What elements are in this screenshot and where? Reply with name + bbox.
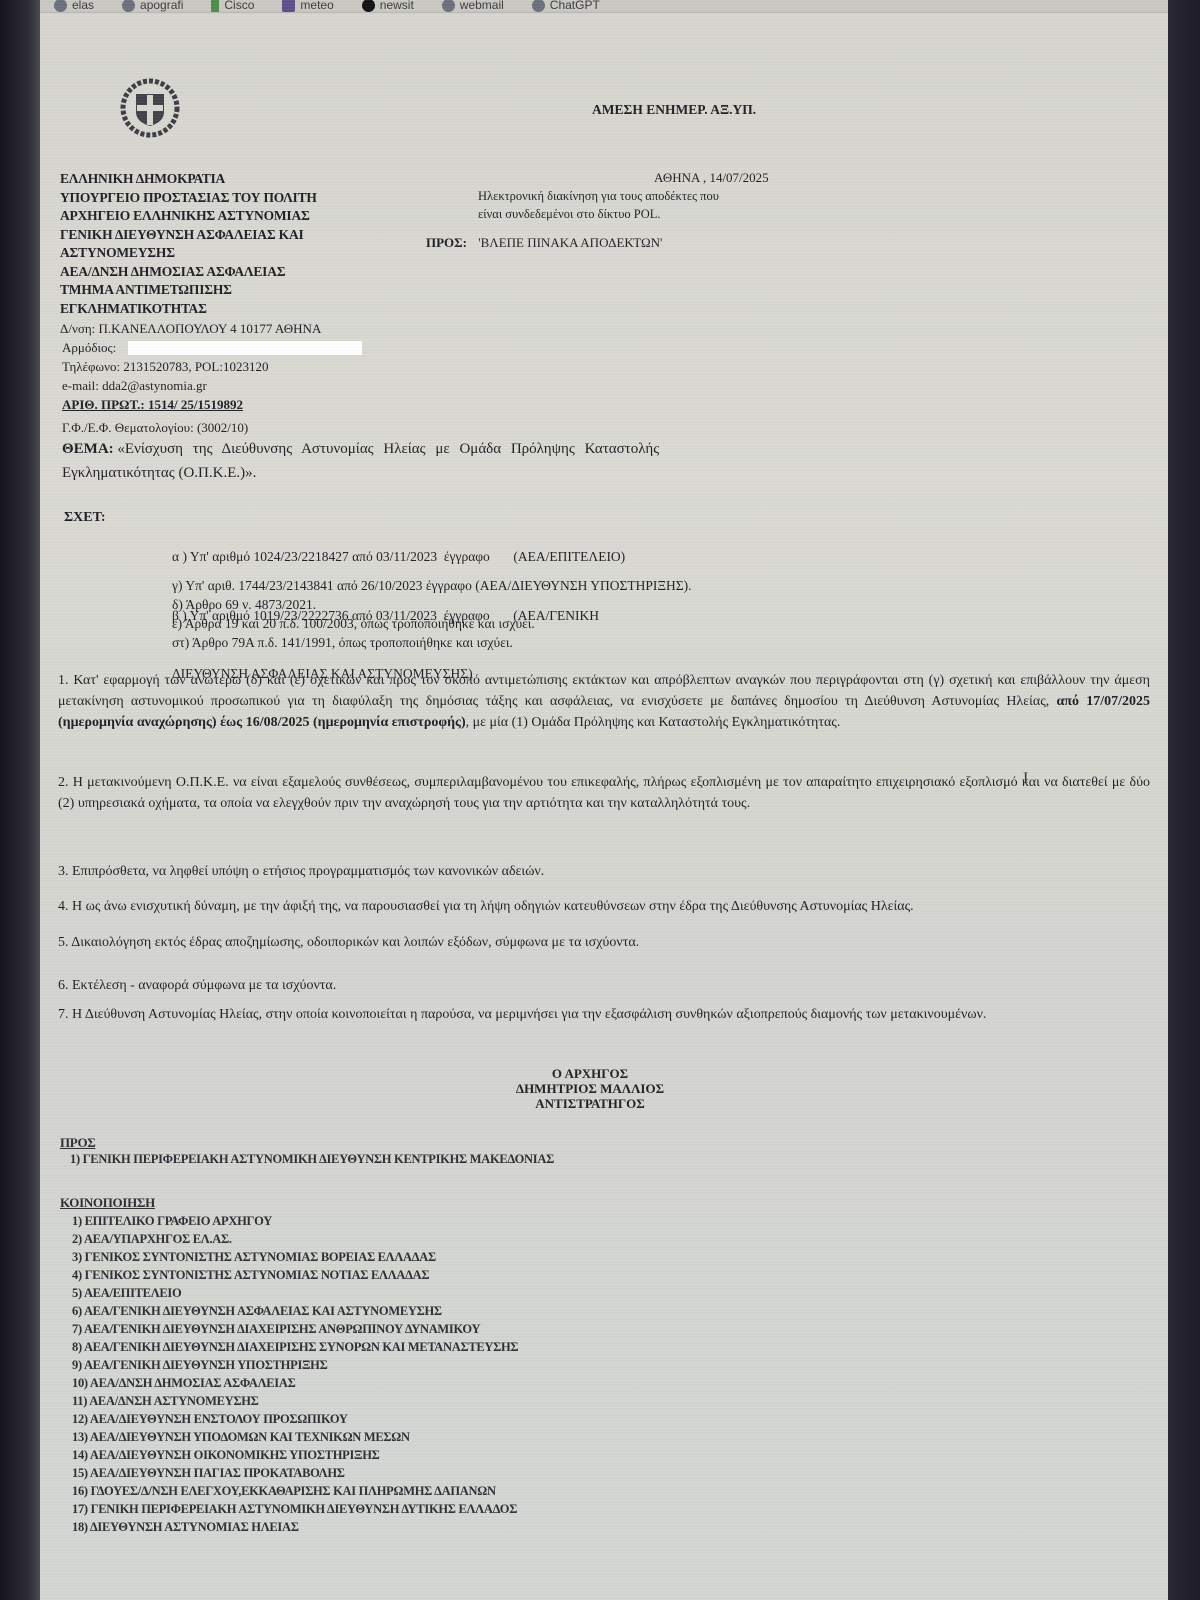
sender-line: ΑΕΑ/ΔΝΣΗ ΔΗΜΟΣΙΑΣ ΑΣΦΑΛΕΙΑΣ	[60, 263, 317, 282]
sender-header: ΕΛΛΗΝΙΚΗ ΔΗΜΟΚΡΑΤΙΑ ΥΠΟΥΡΓΕΙΟ ΠΡΟΣΤΑΣΙΑΣ…	[60, 170, 317, 318]
monitor-bezel-right	[1168, 0, 1200, 1600]
redacted-name	[128, 341, 362, 355]
phone: Τηλέφωνο: 2131520783, POL:1023120	[62, 357, 269, 376]
subject: ΘΕΜΑ: «Ενίσχυση της Διεύθυνσης Αστυνομία…	[62, 437, 659, 485]
signature-block: Ο ΑΡΧΗΓΟΣ ΔΗΜΗΤΡΙΟΣ ΜΑΛΛΙΟΣ ΑΝΤΙΣΤΡΑΤΗΓΟ…	[420, 1066, 760, 1111]
protocol-number: ΑΡΙΘ. ΠΡΩΤ.: 1514/ 25/1519892	[62, 395, 243, 414]
cc-item: 7) ΑΕΑ/ΓΕΝΙΚΗ ΔΙΕΥΘΥΝΣΗ ΔΙΑΧΕΙΡΙΣΗΣ ΑΝΘΡ…	[72, 1320, 518, 1338]
cc-item: 16) ΓΔΟΥΕΣ/Δ/ΝΣΗ ΕΛΕΓΧΟΥ,ΕΚΚΑΘΑΡΙΣΗΣ ΚΑΙ…	[72, 1482, 518, 1500]
sender-line: ΥΠΟΥΡΓΕΙΟ ΠΡΟΣΤΑΣΙΑΣ ΤΟΥ ΠΟΛΙΤΗ	[60, 189, 317, 208]
greek-coat-of-arms-icon	[120, 78, 180, 138]
cc-item: 3) ΓΕΝΙΚΟΣ ΣΥΝΤΟΝΙΣΤΗΣ ΑΣΤΥΝΟΜΙΑΣ ΒΟΡΕΙΑ…	[72, 1248, 518, 1266]
sender-line: ΑΡΧΗΓΕΙΟ ΕΛΛΗΝΙΚΗΣ ΑΣΤΥΝΟΜΙΑΣ	[60, 207, 317, 226]
document-page: ΑΜΕΣΗ ΕΝΗΜΕΡ. ΑΞ.ΥΠ. ΕΛΛΗΝΙΚΗ ΔΗΜΟΚΡΑΤΙΑ…	[40, 0, 1168, 1600]
sender-line: ΕΛΛΗΝΙΚΗ ΔΗΜΟΚΡΑΤΙΑ	[60, 170, 317, 189]
references-continued: γ) Υπ' αριθ. 1744/23/2143841 από 26/10/2…	[172, 576, 692, 652]
cc-item: 14) ΑΕΑ/ΔΙΕΥΘΥΝΣΗ ΟΙΚΟΝΟΜΙΚΗΣ ΥΠΟΣΤΗΡΙΞΗ…	[72, 1446, 518, 1464]
email: e-mail: dda2@astynomia.gr	[62, 376, 207, 395]
sender-line: ΑΣΤΥΝΟΜΕΥΣΗΣ	[60, 244, 317, 263]
paragraph-2: 2. Η μετακινούμενη Ο.Π.Κ.Ε. να είναι εξα…	[58, 772, 1150, 814]
place-date: ΑΘΗΝΑ , 14/07/2025	[654, 168, 769, 187]
cc-item: 6) ΑΕΑ/ΓΕΝΙΚΗ ΔΙΕΥΘΥΝΣΗ ΑΣΦΑΛΕΙΑΣ ΚΑΙ ΑΣ…	[72, 1302, 518, 1320]
cc-item: 13) ΑΕΑ/ΔΙΕΥΘΥΝΣΗ ΥΠΟΔΟΜΩΝ ΚΑΙ ΤΕΧΝΙΚΩΝ …	[72, 1428, 518, 1446]
cc-item: 17) ΓΕΝΙΚΗ ΠΕΡΙΦΕΡΕΙΑΚΗ ΑΣΤΥΝΟΜΙΚΗ ΔΙΕΥΘ…	[72, 1500, 518, 1518]
cc-heading: ΚΟΙΝΟΠΟΙΗΣΗ	[60, 1194, 155, 1212]
paragraph-1: 1. Κατ' εφαρμογή των ανωτέρω (δ) και (ε)…	[58, 670, 1150, 733]
responsible-label: Αρμόδιος:	[62, 338, 116, 357]
distribution-note: Ηλεκτρονική διακίνηση για τους αποδέκτες…	[478, 187, 719, 223]
cc-item: 2) ΑΕΑ/ΥΠΑΡΧΗΓΟΣ ΕΛ.ΑΣ.	[72, 1230, 518, 1248]
screen: elas apografi Cisco meteo newsit webmail…	[40, 0, 1168, 1600]
monitor-bezel-left	[0, 0, 40, 1600]
priority-note: ΑΜΕΣΗ ΕΝΗΜΕΡ. ΑΞ.ΥΠ.	[592, 102, 756, 118]
cc-item: 5) ΑΕΑ/ΕΠΙΤΕΛΕΙΟ	[72, 1284, 518, 1302]
cc-item: 18) ΔΙΕΥΘΥΝΣΗ ΑΣΤΥΝΟΜΙΑΣ ΗΛΕΙΑΣ	[72, 1518, 518, 1536]
recipient-item: 1) ΓΕΝΙΚΗ ΠΕΡΙΦΕΡΕΙΑΚΗ ΑΣΤΥΝΟΜΙΚΗ ΔΙΕΥΘΥ…	[70, 1150, 554, 1168]
address: Δ/νση: Π.ΚΑΝΕΛΛΟΠΟΥΛΟΥ 4 10177 ΑΘΗΝΑ	[60, 319, 321, 338]
cc-item: 11) ΑΕΑ/ΔΝΣΗ ΑΣΤΥΝΟΜΕΥΣΗΣ	[72, 1392, 518, 1410]
paragraph-5: 5. Δικαιολόγηση εκτός έδρας αποζημίωσης,…	[58, 933, 1150, 953]
cc-item: 8) ΑΕΑ/ΓΕΝΙΚΗ ΔΙΕΥΘΥΝΣΗ ΔΙΑΧΕΙΡΙΣΗΣ ΣΥΝΟ…	[72, 1338, 518, 1356]
paragraph-3: 3. Επιπρόσθετα, να ληφθεί υπόψη ο ετήσιο…	[58, 862, 1150, 882]
cc-item: 15) ΑΕΑ/ΔΙΕΥΘΥΝΣΗ ΠΑΓΙΑΣ ΠΡΟΚΑΤΑΒΟΛΗΣ	[72, 1464, 518, 1482]
sender-line: ΤΜΗΜΑ ΑΝΤΙΜΕΤΩΠΙΣΗΣ	[60, 281, 317, 300]
references-label: ΣΧΕΤ:	[64, 510, 106, 526]
cc-item: 10) ΑΕΑ/ΔΝΣΗ ΔΗΜΟΣΙΑΣ ΑΣΦΑΛΕΙΑΣ	[72, 1374, 518, 1392]
cc-item: 1) ΕΠΙΤΕΛΙΚΟ ΓΡΑΦΕΙΟ ΑΡΧΗΓΟΥ	[72, 1212, 518, 1230]
sender-line: ΕΓΚΛΗΜΑΤΙΚΟΤΗΤΑΣ	[60, 300, 317, 319]
cc-item: 9) ΑΕΑ/ΓΕΝΙΚΗ ΔΙΕΥΘΥΝΣΗ ΥΠΟΣΤΗΡΙΞΗΣ	[72, 1356, 518, 1374]
cc-item: 12) ΑΕΑ/ΔΙΕΥΘΥΝΣΗ ΕΝΣΤΟΛΟΥ ΠΡΟΣΩΠΙΚΟΥ	[72, 1410, 518, 1428]
text-cursor-icon: I	[1023, 770, 1028, 788]
paragraph-7: 7. Η Διεύθυνση Αστυνομίας Ηλείας, στην ο…	[58, 1004, 1150, 1026]
cc-list: 1) ΕΠΙΤΕΛΙΚΟ ΓΡΑΦΕΙΟ ΑΡΧΗΓΟΥ 2) ΑΕΑ/ΥΠΑΡ…	[72, 1212, 518, 1536]
paragraph-4: 4. Η ως άνω ενισχυτική δύναμη, με την άφ…	[58, 897, 1150, 917]
cc-item: 4) ΓΕΝΙΚΟΣ ΣΥΝΤΟΝΙΣΤΗΣ ΑΣΤΥΝΟΜΙΑΣ ΝΟΤΙΑΣ…	[72, 1266, 518, 1284]
paragraph-6: 6. Εκτέλεση - αναφορά σύμφωνα με τα ισχύ…	[58, 976, 1150, 996]
to-line: ΠΡΟΣ: 'ΒΛΕΠΕ ΠΙΝΑΚΑ ΑΠΟΔΕΚΤΩΝ'	[426, 233, 662, 252]
subject-index: Γ.Φ./Ε.Φ. Θεματολογίου: (3002/10)	[62, 418, 248, 437]
sender-line: ΓΕΝΙΚΗ ΔΙΕΥΘΥΝΣΗ ΑΣΦΑΛΕΙΑΣ ΚΑΙ	[60, 226, 317, 245]
